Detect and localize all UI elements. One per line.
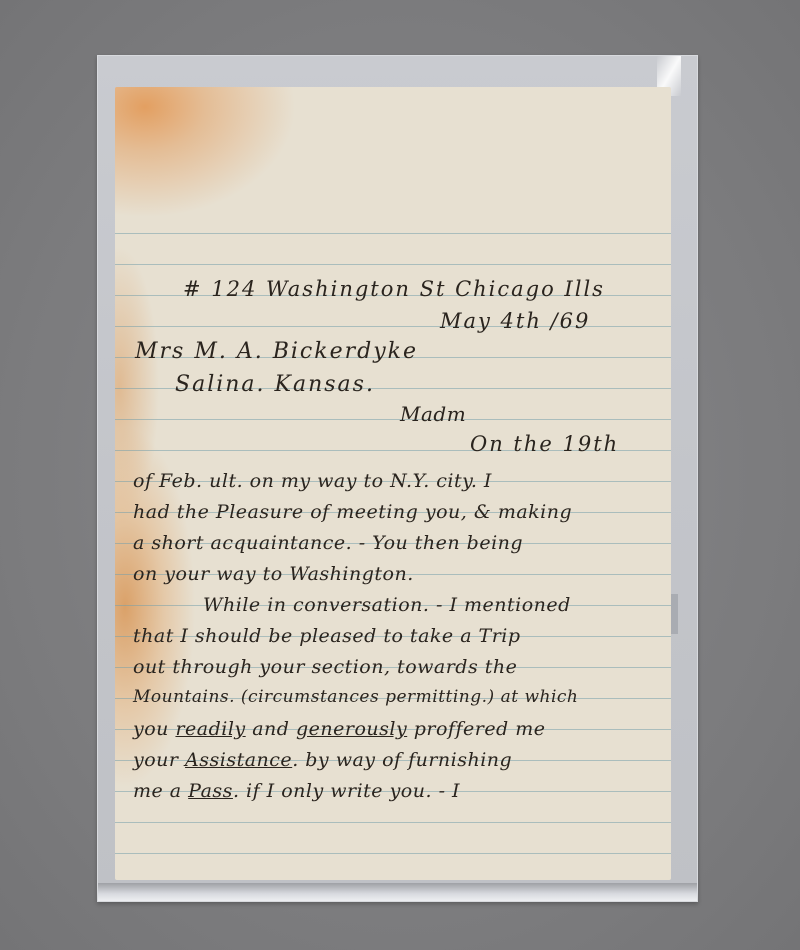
body-line: on your way to Washington. [133,563,414,585]
recipient-name: Mrs M. A. Bickerdyke [135,339,418,364]
letter-paper: # 124 Washington St Chicago Ills May 4th… [115,87,671,880]
body-line: your Assistance. by way of furnishing [133,749,512,771]
body-line: me a Pass. if I only write you. - I [133,780,460,802]
body-line: While in conversation. - I mentioned [203,594,571,616]
underlined-word: Assistance [185,749,292,771]
body-line: of Feb. ult. on my way to N.Y. city. I [133,470,492,492]
body-line: Mountains. (circumstances permitting.) a… [133,687,578,707]
letter-date: May 4th /69 [440,309,590,333]
underlined-word: readily [175,718,245,740]
body-line: On the 19th [470,432,619,456]
underlined-word: Pass [188,780,233,802]
underlined-word: generously [296,718,407,740]
body-line: that I should be pleased to take a Trip [133,625,521,647]
body-line: you readily and generously proffered me [133,718,546,740]
salutation: Madm [400,402,466,426]
body-line: out through your section, towards the [133,656,517,678]
body-line: a short acquaintance. - You then being [133,532,523,554]
body-line: had the Pleasure of meeting you, & makin… [133,501,572,523]
recipient-location: Salina. Kansas. [175,372,375,397]
letter-address: # 124 Washington St Chicago Ills [183,277,605,301]
sleeve-bottom-edge [98,883,697,901]
